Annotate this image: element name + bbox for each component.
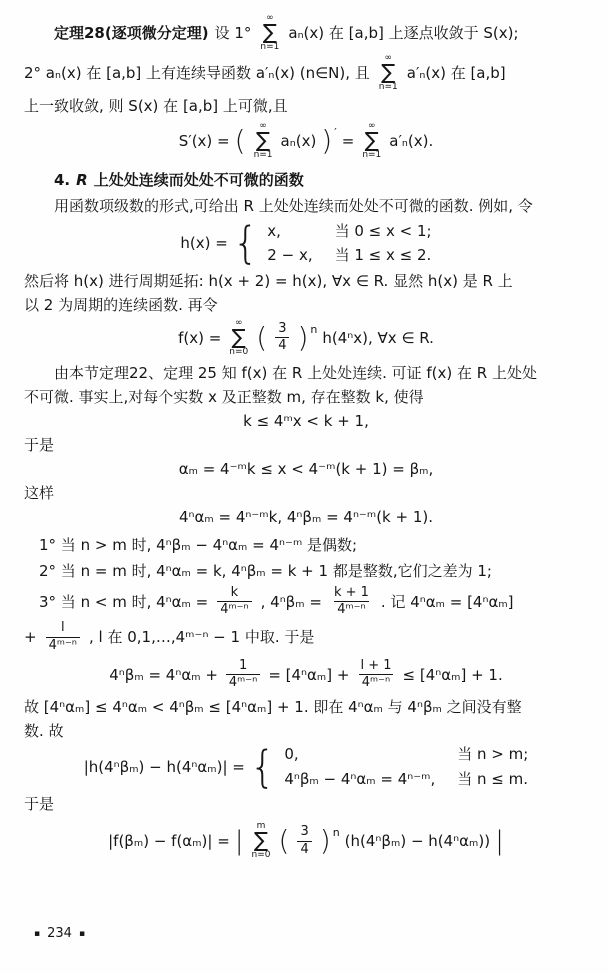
case-1-expression: x,	[267, 220, 312, 243]
theorem-line-1: 定理28(逐项微分定理) 设 1° ∞ ∑ n=1 aₙ(x) 在 [a,b] …	[24, 14, 588, 52]
piecewise-cases: x, 当 0 ≤ x < 1; 2 − x, 当 1 ≤ x ≤ 2.	[267, 220, 431, 267]
case-1-condition: 当 n > m;	[457, 743, 528, 766]
beta-eq-post: ≤ [4ⁿαₘ] + 1.	[403, 663, 503, 687]
f-diff-lhs: |f(βₘ) − f(αₘ)| =	[108, 829, 230, 853]
fraction-denominator: 4	[297, 841, 311, 858]
sum-lower-limit: n=1	[260, 43, 279, 52]
beta-eq-pre: 4ⁿβₘ = 4ⁿαₘ +	[109, 663, 218, 687]
plus-sign: +	[24, 625, 37, 649]
case-2-expression: 2 − x,	[267, 244, 312, 267]
fraction-denominator: 4ᵐ⁻ⁿ	[226, 674, 260, 691]
case-item-3: 3° 当 n < m 时, 4ⁿαₘ = k 4ᵐ⁻ⁿ , 4ⁿβₘ = k +…	[24, 585, 588, 619]
summation-n1-inf: ∞ ∑ n=1	[362, 122, 381, 160]
sum-lower-limit: n=1	[379, 83, 398, 92]
sprime-rhs-term: a′ₙ(x).	[389, 129, 433, 153]
summation-n1-inf: ∞ ∑ n=1	[260, 14, 279, 52]
display-beta-equality: 4ⁿβₘ = 4ⁿαₘ + 1 4ᵐ⁻ⁿ = [4ⁿαₘ] + l + 1 4ᵐ…	[24, 658, 588, 692]
display-h-difference: |h(4ⁿβₘ) − h(4ⁿαₘ)| = { 0, 当 n > m; 4ⁿβₘ…	[24, 743, 588, 790]
display-4n-alpha-beta: 4ⁿαₘ = 4ⁿ⁻ᵐk, 4ⁿβₘ = 4ⁿ⁻ᵐ(k + 1).	[24, 505, 588, 529]
fraction-l-over-4mn: l 4ᵐ⁻ⁿ	[46, 620, 80, 654]
display-f-definition: f(x) = ∞ ∑ n=0 ( 3 4 ) n h(4ⁿx), ∀x ∈ R.	[24, 319, 588, 357]
fraction-three-fourths: 3 4	[297, 824, 311, 858]
f-def-lhs: f(x) =	[178, 326, 221, 350]
summation-n1-inf: ∞ ∑ n=1	[379, 54, 398, 92]
paragraph-line: 故 [4ⁿαₘ] ≤ 4ⁿαₘ < 4ⁿβₘ ≤ [4ⁿαₘ] + 1. 即在 …	[24, 695, 588, 719]
sigma-icon: ∑	[365, 131, 379, 151]
theorem-hypothesis-2-text: 2° aₙ(x) 在 [a,b] 上有连续导函数 a′ₙ(x) (n∈N), 且	[24, 61, 370, 85]
sum-lower-limit: n=0	[252, 851, 271, 860]
case-2-expression: 4ⁿβₘ − 4ⁿαₘ = 4ⁿ⁻ᵐ,	[284, 768, 435, 791]
fraction-numerator: k	[228, 585, 242, 601]
display-k-inequality: k ≤ 4ᵐx < k + 1,	[24, 409, 588, 433]
section-number: 4.	[54, 168, 70, 192]
right-paren: )	[297, 324, 308, 352]
paragraph-line: 以 2 为周期的连续函数. 再令	[24, 293, 588, 317]
left-paren: (	[279, 827, 290, 855]
connective-then: 于是	[24, 792, 588, 816]
paragraph-line: 用函数项级数的形式,可给出 R 上处处连续而处处不可微的函数. 例如, 令	[24, 194, 588, 218]
fraction-denominator: 4	[275, 337, 289, 354]
display-f-difference: |f(βₘ) − f(αₘ)| = | m ∑ n=0 ( 3 4 ) n (h…	[24, 822, 588, 860]
right-paren: )	[320, 827, 331, 855]
sum-lower-limit: n=0	[229, 348, 248, 357]
theorem-hypothesis-1-label: 设 1°	[215, 21, 252, 45]
fraction-denominator: 4ᵐ⁻ⁿ	[46, 637, 80, 654]
equals-sign: =	[342, 129, 355, 153]
fraction-numerator: 3	[297, 824, 311, 840]
right-paren: )	[321, 127, 332, 155]
h-diff-lhs: |h(4ⁿβₘ) − h(4ⁿαₘ)| =	[84, 755, 245, 779]
sum-lower-limit: n=1	[254, 151, 273, 160]
connective-thus: 这样	[24, 481, 588, 505]
footer-left-square: ▪	[34, 929, 40, 939]
fraction-l1-over-4mn: l + 1 4ᵐ⁻ⁿ	[357, 658, 394, 692]
theorem-line-3: 上一致收敛, 则 S(x) 在 [a,b] 上可微,且	[24, 94, 588, 118]
left-abs-bar: |	[235, 828, 244, 854]
fraction-three-fourths: 3 4	[275, 321, 289, 355]
theorem-line-1-text: aₙ(x) 在 [a,b] 上逐点收敛于 S(x);	[288, 21, 518, 45]
sigma-icon: ∑	[263, 23, 277, 43]
left-paren: (	[235, 127, 246, 155]
case-1-condition: 当 0 ≤ x < 1;	[335, 220, 432, 243]
sigma-icon: ∑	[256, 131, 270, 151]
case-2-condition: 当 n ≤ m.	[457, 768, 528, 791]
sigma-icon: ∑	[254, 831, 268, 851]
paragraph-line: 然后将 h(x) 进行周期延拓: h(x + 2) = h(x), ∀x ∈ R…	[24, 269, 588, 293]
fraction-k-over-4mn: k 4ᵐ⁻ⁿ	[217, 585, 251, 619]
fraction-numerator: l + 1	[357, 658, 394, 674]
fraction-denominator: 4ᵐ⁻ⁿ	[359, 674, 393, 691]
footer-right-square: ▪	[79, 929, 85, 939]
display-sprime-formula: S′(x) = ( ∞ ∑ n=1 aₙ(x) ) ′ = ∞ ∑ n=1 a′…	[24, 122, 588, 160]
section-title-text: 上处处连续而处处不可微的函数	[94, 168, 304, 192]
case-1-expression: 0,	[284, 743, 435, 766]
sprime-lhs: S′(x) =	[179, 129, 230, 153]
f-def-rhs: h(4ⁿx), ∀x ∈ R.	[322, 326, 434, 350]
section-4-heading: 4. R 上处处连续而处处不可微的函数	[24, 168, 588, 192]
textbook-page: 定理28(逐项微分定理) 设 1° ∞ ∑ n=1 aₙ(x) 在 [a,b] …	[0, 0, 608, 974]
item-3-pre: 3° 当 n < m 时, 4ⁿαₘ =	[39, 590, 208, 614]
set-R-symbol: R	[76, 168, 88, 192]
right-abs-bar: |	[495, 828, 504, 854]
continuation-text: , l 在 0,1,…,4ᵐ⁻ⁿ − 1 中取. 于是	[89, 625, 314, 649]
paragraph-line: 由本节定理22、定理 25 知 f(x) 在 R 上处处连续. 可证 f(x) …	[24, 361, 588, 385]
sum-lower-limit: n=1	[362, 151, 381, 160]
f-diff-rhs: (h(4ⁿβₘ) − h(4ⁿαₘ))	[345, 829, 490, 853]
connective-then: 于是	[24, 433, 588, 457]
continuation-line: + l 4ᵐ⁻ⁿ , l 在 0,1,…,4ᵐ⁻ⁿ − 1 中取. 于是	[24, 620, 588, 654]
display-alpha-beta: αₘ = 4⁻ᵐk ≤ x < 4⁻ᵐ(k + 1) = βₘ,	[24, 457, 588, 481]
case-item-1: 1° 当 n > m 时, 4ⁿβₘ − 4ⁿαₘ = 4ⁿ⁻ᵐ 是偶数;	[24, 533, 588, 557]
sprime-inner-term: aₙ(x)	[281, 129, 317, 153]
left-brace: {	[250, 745, 275, 789]
summation-n0-inf: ∞ ∑ n=0	[229, 319, 248, 357]
fraction-numerator: 1	[236, 658, 250, 674]
theorem-title: 定理28(逐项微分定理)	[54, 21, 209, 45]
fraction-numerator: 3	[275, 321, 289, 337]
exponent-n: n	[310, 321, 317, 339]
left-brace: {	[233, 221, 258, 265]
theorem-line-2: 2° aₙ(x) 在 [a,b] 上有连续导函数 a′ₙ(x) (n∈N), 且…	[24, 54, 588, 92]
fraction-k1-over-4mn: k + 1 4ᵐ⁻ⁿ	[331, 585, 372, 619]
left-paren: (	[256, 324, 267, 352]
fraction-denominator: 4ᵐ⁻ⁿ	[334, 601, 368, 618]
page-number: 234	[47, 926, 72, 941]
case-item-2: 2° 当 n = m 时, 4ⁿαₘ = k, 4ⁿβₘ = k + 1 都是整…	[24, 559, 588, 583]
exponent-n: n	[333, 824, 340, 842]
page-number-footer: ▪ 234 ▪	[34, 926, 85, 941]
fraction-numerator: l	[58, 620, 68, 636]
fraction-numerator: k + 1	[331, 585, 372, 601]
item-3-mid: , 4ⁿβₘ =	[261, 590, 322, 614]
fraction-denominator: 4ᵐ⁻ⁿ	[217, 601, 251, 618]
summation-n0-m: m ∑ n=0	[252, 822, 271, 860]
fraction-1-over-4mn: 1 4ᵐ⁻ⁿ	[226, 658, 260, 692]
summation-n1-inf: ∞ ∑ n=1	[254, 122, 273, 160]
theorem-line-2-text: a′ₙ(x) 在 [a,b]	[407, 61, 506, 85]
beta-eq-mid: = [4ⁿαₘ] +	[268, 663, 349, 687]
case-2-condition: 当 1 ≤ x ≤ 2.	[335, 244, 432, 267]
paragraph-line: 不可微. 事实上,对每个实数 x 及正整数 m, 存在整数 k, 使得	[24, 385, 588, 409]
paragraph-line: 数. 故	[24, 719, 588, 743]
h-def-lhs: h(x) =	[180, 231, 227, 255]
piecewise-cases: 0, 当 n > m; 4ⁿβₘ − 4ⁿαₘ = 4ⁿ⁻ᵐ, 当 n ≤ m.	[284, 743, 528, 790]
sigma-icon: ∑	[381, 63, 395, 83]
sigma-icon: ∑	[232, 328, 246, 348]
prime-mark: ′	[334, 124, 337, 142]
item-3-post: . 记 4ⁿαₘ = [4ⁿαₘ]	[381, 590, 514, 614]
display-h-definition: h(x) = { x, 当 0 ≤ x < 1; 2 − x, 当 1 ≤ x …	[24, 220, 588, 267]
